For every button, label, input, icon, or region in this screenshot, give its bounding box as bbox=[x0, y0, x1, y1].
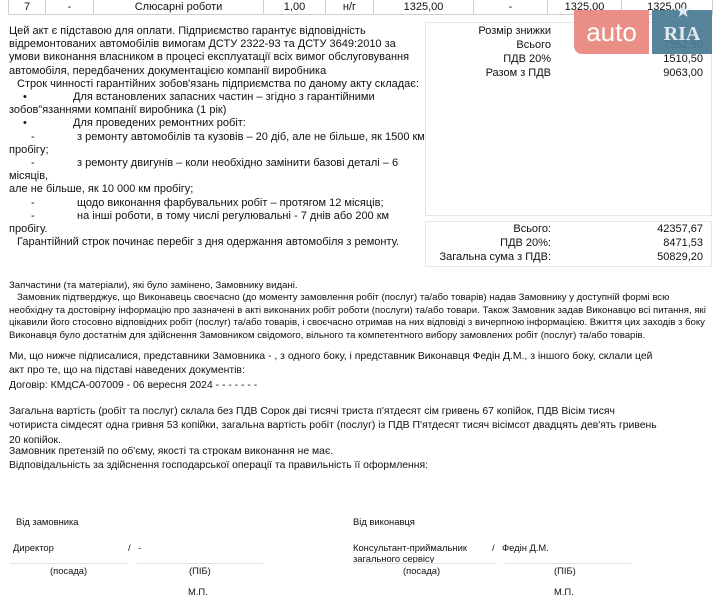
contractor-position: Консультант-приймальник bbox=[353, 542, 467, 553]
row-name: Слюсарні роботи bbox=[94, 0, 264, 15]
cost-text: Загальна вартість (робіт та послуг) скла… bbox=[9, 405, 659, 448]
customer-name: - bbox=[138, 542, 141, 553]
warranty-bullet: •Для проведених ремонтних робіт: bbox=[9, 117, 429, 130]
contractor-name-caption: (ПІБ) bbox=[554, 565, 576, 576]
star-icon: ★ bbox=[676, 4, 690, 20]
parts-note: Запчастини (та матеріали), які було замі… bbox=[9, 280, 709, 342]
warranty-dash: -з ремонту автомобілів та кузовів – 20 д… bbox=[9, 131, 429, 144]
watermark-ria-text: RIA bbox=[664, 23, 701, 45]
warranty-bullet: •Для встановлених запасних частин – згід… bbox=[9, 91, 429, 104]
warranty-intro: Цей акт є підставою для оплати. Підприєм… bbox=[9, 25, 429, 78]
customer-position: Директор bbox=[13, 542, 54, 553]
act-statement-text: Ми, що нижче підписалися, представники З… bbox=[9, 350, 659, 379]
warranty-bullet-cont: зобов"язаннями компанії виробника (1 рік… bbox=[9, 104, 429, 117]
contractor-position-line bbox=[353, 563, 497, 564]
contractor-name-line bbox=[505, 563, 631, 564]
watermark-logo-auto: auto bbox=[574, 10, 649, 54]
responsibility-text: Відповідальність за здійснення господарс… bbox=[9, 459, 709, 473]
warranty-term-heading: Строк чинності гарантійних зобов'язань п… bbox=[9, 78, 429, 91]
contractor-separator: / bbox=[492, 542, 495, 553]
claims-block: Замовник претензій по об'єму, якості та … bbox=[9, 445, 709, 474]
contract-reference: Договір: КМдСА-007009 - 06 вересня 2024 … bbox=[9, 379, 709, 393]
customer-position-line bbox=[10, 563, 128, 564]
contractor-stamp: М.П. bbox=[554, 586, 574, 597]
customer-name-caption: (ПІБ) bbox=[189, 565, 211, 576]
warranty-dash: -на інші роботи, в тому числі регулюваль… bbox=[9, 210, 429, 236]
watermark-logo-ria: ★ RIA bbox=[652, 10, 712, 54]
totals-box: Всього: 42357,67 ПДВ 20%: 8471,53 Загаль… bbox=[425, 221, 712, 267]
warranty-dash-cont: пробігу; bbox=[9, 144, 429, 157]
customer-heading: Від замовника bbox=[16, 516, 79, 527]
warranty-dash: -з ремонту двигунів – коли необхідно зам… bbox=[9, 157, 429, 183]
parts-note-line: Запчастини (та матеріали), які було замі… bbox=[9, 280, 709, 292]
act-statement: Ми, що нижче підписалися, представники З… bbox=[9, 350, 709, 393]
row-price: 1325,00 bbox=[374, 0, 474, 15]
customer-confirmation: Замовник підтверджує, що Виконавець своє… bbox=[9, 292, 709, 342]
cost-text-block: Загальна вартість (робіт та послуг) скла… bbox=[9, 405, 709, 448]
warranty-dash-cont: але не більше, як 10 000 км пробігу; bbox=[9, 183, 429, 196]
row-quantity: 1,00 bbox=[264, 0, 326, 15]
row-number: 7 bbox=[9, 0, 46, 15]
customer-separator: / bbox=[128, 542, 131, 553]
totals-row-grand-total: Загальна сума з ПДВ: 50829,20 bbox=[426, 251, 711, 265]
contractor-heading: Від виконавця bbox=[353, 516, 415, 527]
contractor-name: Федін Д.М. bbox=[502, 542, 549, 553]
row-code: - bbox=[46, 0, 94, 15]
warranty-closing: Гарантійний строк починає перебіг з дня … bbox=[9, 236, 429, 249]
row-unit: н/г bbox=[326, 0, 374, 15]
summary-row-total-with-vat: Разом з ПДВ 9063,00 bbox=[426, 67, 711, 81]
summary-row-vat: ПДВ 20% 1510,50 bbox=[426, 53, 711, 67]
customer-position-caption: (посада) bbox=[50, 565, 87, 576]
warranty-text: Цей акт є підставою для оплати. Підприєм… bbox=[9, 25, 429, 249]
customer-stamp: М.П. bbox=[188, 586, 208, 597]
contractor-position-caption: (посада) bbox=[403, 565, 440, 576]
warranty-dash: -щодо виконання фарбувальних робіт – про… bbox=[9, 197, 429, 210]
row-discount: - bbox=[474, 0, 548, 15]
customer-name-line bbox=[137, 563, 263, 564]
no-claims-text: Замовник претензій по об'єму, якості та … bbox=[9, 445, 709, 459]
totals-row-vat: ПДВ 20%: 8471,53 bbox=[426, 237, 711, 251]
totals-row-total: Всього: 42357,67 bbox=[426, 223, 711, 237]
